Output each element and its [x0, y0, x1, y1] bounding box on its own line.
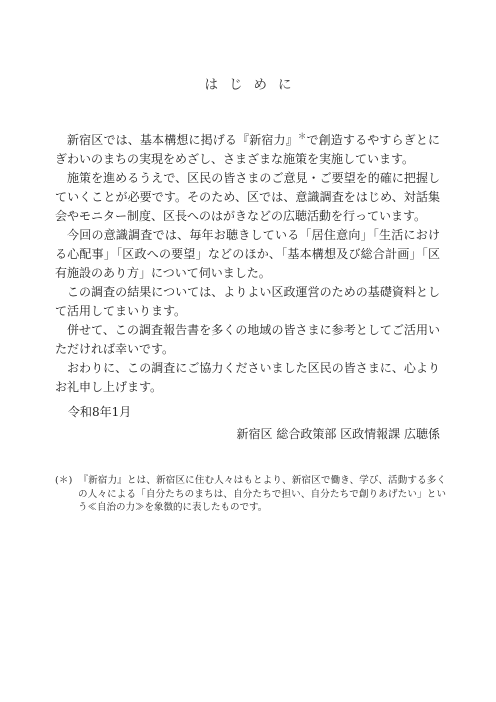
footnote-text: 『新宿力』とは、新宿区に住む人々はもとより、新宿区で働き、学び、活動する多くの人…: [78, 475, 446, 513]
body-text: 新宿区では、基本構想に掲げる『新宿力』＊で創造するやすらぎとにぎわいのまちの実現…: [55, 131, 440, 397]
paragraph-2: 施策を進めるうえで、区民の皆さまのご意見・ご要望を的確に把握していくことが必要で…: [55, 169, 440, 226]
footnote-paragraph: (＊)『新宿力』とは、新宿区に住む人々はもとより、新宿区で働き、学び、活動する多…: [55, 474, 446, 515]
signature-line: 新宿区 総合政策部 区政情報課 広聴係: [55, 425, 440, 444]
page-title: はじめに: [0, 76, 496, 95]
date-line: 令和8年1月: [55, 403, 440, 422]
footnote: (＊)『新宿力』とは、新宿区に住む人々はもとより、新宿区で働き、学び、活動する多…: [55, 474, 446, 515]
paragraph-6: おわりに、この調査にご協力くださいました区民の皆さまに、心よりお礼申し上げます。: [55, 359, 440, 397]
document-page: はじめに 新宿区では、基本構想に掲げる『新宿力』＊で創造するやすらぎとにぎわいの…: [0, 0, 496, 702]
paragraph-4: この調査の結果については、よりよい区政運営のための基礎資料として活用してまいりま…: [55, 283, 440, 321]
paragraph-1: 新宿区では、基本構想に掲げる『新宿力』＊で創造するやすらぎとにぎわいのまちの実現…: [55, 131, 440, 169]
paragraph-5: 併せて、この調査報告書を多くの地域の皆さまに参考としてご活用いただければ幸いです…: [55, 321, 440, 359]
footnote-marker: (＊): [55, 475, 72, 486]
paragraph-1-text-before-note: 新宿区では、基本構想に掲げる『新宿力』: [67, 133, 298, 147]
paragraph-3: 今回の意識調査では、毎年お聴きしている「居住意向」「生活における心配事」「区政へ…: [55, 226, 440, 283]
